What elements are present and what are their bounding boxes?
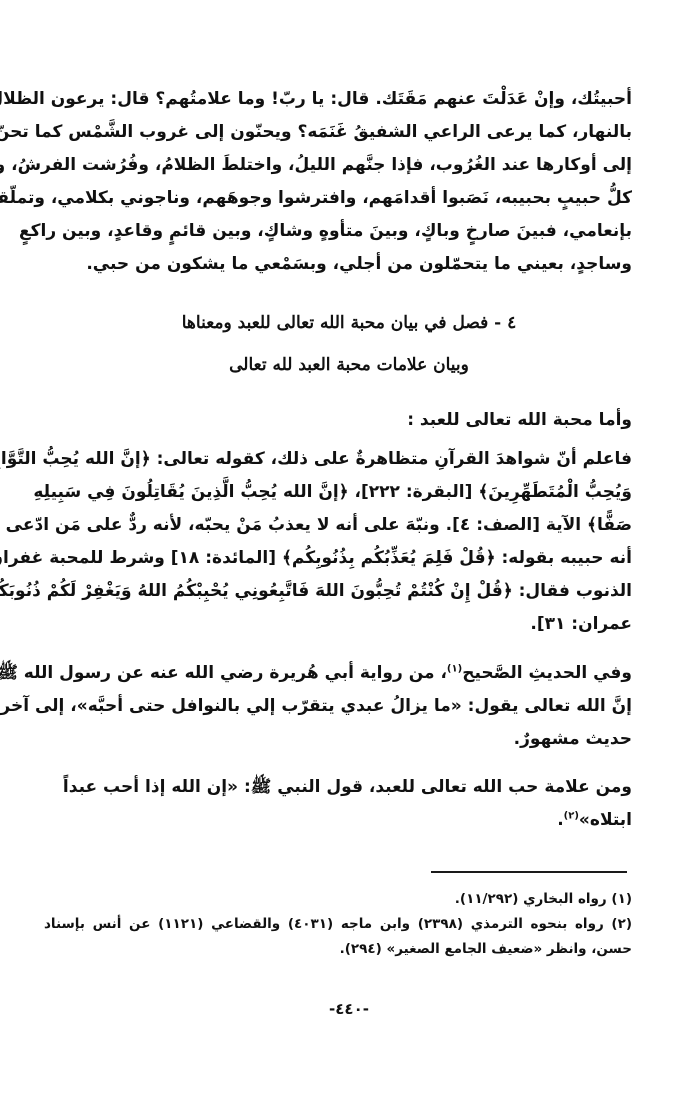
footnote-2-line-1: (٢) رواه بنحوه الترمذي (٢٣٩٨) وابن ماجه … — [44, 913, 632, 935]
quran-line-5: الذنوب فقال: ﴿قُلْ إِنْ كُنْتُمْ تُحِبُّ… — [44, 578, 632, 604]
intro-line-4: كلُّ حبيبٍ بحبيبه، نَصَبوا أقدامَهم، واف… — [44, 185, 632, 211]
hadith-line-2: إنَّ الله تعالى يقول: «ما يزالُ عبدي يتق… — [44, 693, 632, 719]
intro-line-5: بإنعامي، فبينَ صارخٍ وباكٍ، وبينَ متأوهٍ… — [44, 218, 632, 244]
sign-line-2: ابتلاه»(٢). — [44, 807, 632, 833]
page-number: -٤٤٠- — [0, 1000, 698, 1018]
hadith-line-1: وفي الحديثِ الصَّحيح(١)، من رواية أبي هُ… — [64, 660, 632, 686]
footnote-ref-1[interactable]: (١) — [447, 663, 462, 674]
quran-line-3: صَفًّا﴾ الآية [الصف: ٤]. ونبّهَ على أنه … — [44, 512, 632, 538]
intro-line-3: إلى أوكارها عند الغُرُوب، فإذا جنَّهم ال… — [44, 152, 632, 178]
footnote-1: (١) رواه البخاري (١١/٢٩٢). — [44, 888, 632, 910]
footnote-separator — [431, 871, 627, 873]
hadith-line-1-rest: ، من رواية أبي هُريرة رضي الله عنه عن رس… — [0, 663, 447, 683]
section-heading-line-1: ٤ - فصل في بيان محبة الله تعالى للعبد وم… — [0, 310, 698, 336]
quran-line-1: فاعلم أنّ شواهدَ القرآنِ متظاهرةٌ على ذل… — [64, 446, 632, 472]
intro-line-2: بالنهار، كما يرعى الراعي الشفيقُ غَنَمَه… — [44, 119, 632, 145]
quran-line-4: أنه حبيبه بقوله: ﴿قُلْ فَلِمَ يُعَذِّبُك… — [44, 545, 632, 571]
sign-line-1: ومن علامة حب الله تعالى للعبد، قول النبي… — [64, 774, 632, 800]
footnote-ref-2[interactable]: (٢) — [564, 810, 579, 821]
hadith-line-3: حديث مشهورٌ. — [44, 726, 632, 752]
intro-line-6: وساجدٍ، بعيني ما يتحمّلون من أجلي، وبسَم… — [44, 251, 632, 277]
hadith-line-1-text: وفي الحديثِ الصَّحيح — [462, 663, 632, 683]
quran-line-2: وَيُحِبُّ الْمُتَطَهِّرِينَ﴾ [البقرة: ٢٢… — [44, 479, 632, 505]
footnote-2-line-2: حسن، وانظر «ضعيف الجامع الصغير» (٢٩٤). — [66, 938, 632, 960]
book-page: أحبيتُك، وإنْ عَدَلْتَ عنهم مَقَتَك. قال… — [0, 0, 698, 1104]
quran-line-6: عمران: ٣١]. — [44, 611, 632, 637]
subheading: وأما محبة الله تعالى للعبد : — [407, 407, 632, 433]
intro-line-1: أحبيتُك، وإنْ عَدَلْتَ عنهم مَقَتَك. قال… — [44, 86, 632, 112]
sign-line-2-text: ابتلاه» — [579, 810, 632, 830]
section-heading-line-2: وبيان علامات محبة العبد لله تعالى — [0, 352, 698, 378]
